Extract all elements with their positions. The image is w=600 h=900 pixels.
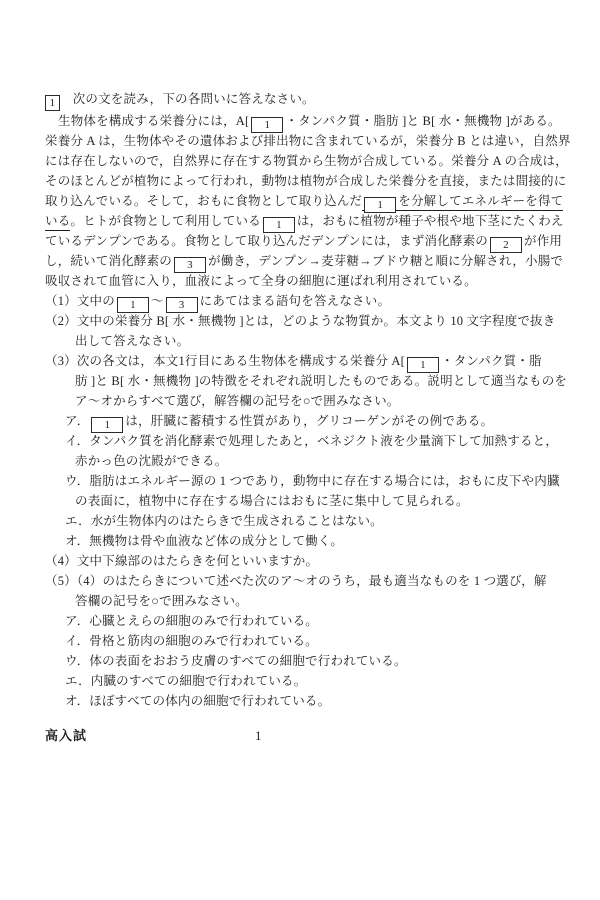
page-footer: 高入試 1 xyxy=(45,726,560,746)
text-line: イ．骨格と筋肉の細胞のみで行われている。 xyxy=(45,631,560,651)
text-line: （2）文中の栄養分 B[ 水・無機物 ]とは，どのような物質か。本文より 10 … xyxy=(45,311,560,331)
text-segment: ア～オからすべて選び，解答欄の記号を○で囲みなさい。 xyxy=(75,394,400,408)
text-line: オ．無機物は骨や血液など体の成分として働く。 xyxy=(45,531,560,551)
text-line: （3）次の各文は，本文1行目にある生物体を構成する栄養分 A[1・タンパク質・脂 xyxy=(45,351,560,371)
text-segment: 。ヒトが食物として利用している xyxy=(70,214,261,228)
text-segment: そのほとんどが植物によって行われ，動物は植物が合成した栄養分を直接，または間接的… xyxy=(45,174,566,188)
text-line: そのほとんどが植物によって行われ，動物は植物が合成した栄養分を直接，または間接的… xyxy=(45,171,560,191)
text-segment: ・タンパク質・脂肪 ]と B[ 水・無機物 ]がある。 xyxy=(285,114,560,128)
question-number-box: 1 xyxy=(45,95,60,111)
text-line: 赤かっ色の沈殿ができる。 xyxy=(45,451,560,471)
text-line: いる。ヒトが食物として利用している1は，おもに植物が種子や根や地下茎にたくわえ xyxy=(45,211,560,231)
text-segment: が作用 xyxy=(524,234,562,248)
text-line: 答欄の記号を○で囲みなさい。 xyxy=(45,591,560,611)
text-segment: いる xyxy=(45,214,70,228)
text-segment: ウ．脂肪はエネルギー源の 1 つであり，動物中に存在する場合には，おもに皮下や内… xyxy=(65,474,560,488)
text-segment: （4）文中下線部のはたらきを何といいますか。 xyxy=(45,554,318,568)
text-segment: 吸収されて血管に入り，血液によって全身の細胞に運ばれ利用されている。 xyxy=(45,274,477,288)
underlined-segment: いる xyxy=(45,214,70,231)
text-segment: （3）次の各文は，本文1行目にある生物体を構成する栄養分 A[ xyxy=(45,354,405,368)
text-line: 吸収されて血管に入り，血液によって全身の細胞に運ばれ利用されている。 xyxy=(45,271,560,291)
text-segment: し，続いて消化酵素の xyxy=(45,254,172,268)
text-line: オ．ほぼすべての体内の細胞で行われている。 xyxy=(45,691,560,711)
text-segment: 次の文を読み，下の各問いに答えなさい。 xyxy=(60,92,315,106)
text-line: ア．1は，肝臓に蓄積する性質があり，グリコーゲンがその例である。 xyxy=(45,411,560,431)
text-line: エ．内臓のすべての細胞で行われている。 xyxy=(45,671,560,691)
text-segment: が働き，デンプン→麦芽糖→ブドウ糖と順に分解され，小腸で xyxy=(208,254,563,268)
text-segment: 出して答えなさい。 xyxy=(75,334,189,348)
underlined-segment: を分解してエネルギーを得て xyxy=(398,194,563,211)
text-segment: エ．内臓のすべての細胞で行われている。 xyxy=(65,674,306,688)
question-body: 1 次の文を読み，下の各問いに答えなさい。生物体を構成する栄養分には，A[1・タ… xyxy=(45,89,560,711)
text-segment: エ．水が生物体内のはたらきで生成されることはない。 xyxy=(65,514,383,528)
text-line: には存在しないので，自然界に存在する物質から生物が合成している。栄養分 A の合… xyxy=(45,151,560,171)
page-number: 1 xyxy=(255,726,262,746)
text-line: 出して答えなさい。 xyxy=(45,331,560,351)
text-segment: ア．心臓とえらの細胞のみで行われている。 xyxy=(65,614,318,628)
text-segment: 栄養分 A は，生物体やその遺体および排出物に含まれているが，栄養分 B とは違… xyxy=(45,134,571,148)
text-line: し，続いて消化酵素の3が働き，デンプン→麦芽糖→ブドウ糖と順に分解され，小腸で xyxy=(45,251,560,271)
text-segment: 生物体を構成する栄養分には，A[ xyxy=(58,114,249,128)
text-segment: （5）（4）のはたらきについて述べた次のア～オのうち，最も適当なものを 1 つ選… xyxy=(45,574,547,588)
text-segment: ・タンパク質・脂 xyxy=(441,354,542,368)
text-segment: 答欄の記号を○で囲みなさい。 xyxy=(75,594,248,608)
text-segment: 取り込んでいる。そして，おもに食物として取り込んだ xyxy=(45,194,362,208)
text-line: （4）文中下線部のはたらきを何といいますか。 xyxy=(45,551,560,571)
text-line: ア．心臓とえらの細胞のみで行われている。 xyxy=(45,611,560,631)
text-line: イ．タンパク質を消化酵素で処理したあと，ベネジクト液を少量滴下して加熱すると， xyxy=(45,431,560,451)
text-line: エ．水が生物体内のはたらきで生成されることはない。 xyxy=(45,511,560,531)
text-segment: ア． xyxy=(65,414,89,428)
text-line: ているデンプンである。食物として取り込んだデンプンには，まず消化酵素の2が作用 xyxy=(45,231,560,251)
text-segment: 肪 ]と B[ 水・無機物 ]の特徴をそれぞれ説明したものである。説明として適当… xyxy=(75,374,567,388)
text-line: 取り込んでいる。そして，おもに食物として取り込んだ1を分解してエネルギーを得て xyxy=(45,191,560,211)
text-line: ウ．脂肪はエネルギー源の 1 つであり，動物中に存在する場合には，おもに皮下や内… xyxy=(45,471,560,491)
exam-page: 1 次の文を読み，下の各問いに答えなさい。生物体を構成する栄養分には，A[1・タ… xyxy=(0,0,600,900)
text-segment: にあてはまる語句を答えなさい。 xyxy=(200,294,391,308)
text-line: （5）（4）のはたらきについて述べた次のア～オのうち，最も適当なものを 1 つ選… xyxy=(45,571,560,591)
footer-label: 高入試 xyxy=(45,728,87,743)
text-segment: （1）文中の xyxy=(45,294,115,308)
text-segment: の表面に，植物中に存在する場合にはおもに茎に集中して見られる。 xyxy=(75,494,469,508)
text-line: 栄養分 A は，生物体やその遺体および排出物に含まれているが，栄養分 B とは違… xyxy=(45,131,560,151)
text-segment: ているデンプンである。食物として取り込んだデンプンには，まず消化酵素の xyxy=(45,234,488,248)
text-segment: には存在しないので，自然界に存在する物質から生物が合成している。栄養分 A の合… xyxy=(45,154,568,168)
text-segment: ～ xyxy=(151,294,164,308)
text-line: ウ．体の表面をおおう皮膚のすべての細胞で行われている。 xyxy=(45,651,560,671)
text-line: 1 次の文を読み，下の各問いに答えなさい。 xyxy=(45,89,560,109)
text-segment: は，おもに植物が種子や根や地下茎にたくわえ xyxy=(297,214,564,228)
text-segment: イ．タンパク質を消化酵素で処理したあと，ベネジクト液を少量滴下して加熱すると， xyxy=(65,434,558,448)
text-segment: 赤かっ色の沈殿ができる。 xyxy=(75,454,227,468)
text-segment: イ．骨格と筋肉の細胞のみで行われている。 xyxy=(65,634,318,648)
text-line: ア～オからすべて選び，解答欄の記号を○で囲みなさい。 xyxy=(45,391,560,411)
text-line: 肪 ]と B[ 水・無機物 ]の特徴をそれぞれ説明したものである。説明として適当… xyxy=(45,371,560,391)
text-line: 生物体を構成する栄養分には，A[1・タンパク質・脂肪 ]と B[ 水・無機物 ]… xyxy=(45,111,560,131)
text-segment: オ．ほぼすべての体内の細胞で行われている。 xyxy=(65,694,330,708)
text-segment: （2）文中の栄養分 B[ 水・無機物 ]とは，どのような物質か。本文より 10 … xyxy=(45,314,555,328)
text-segment: は，肝臓に蓄積する性質があり，グリコーゲンがその例である。 xyxy=(125,414,493,428)
text-segment: を分解してエネルギーを得て xyxy=(398,194,563,208)
text-segment: ウ．体の表面をおおう皮膚のすべての細胞で行われている。 xyxy=(65,654,407,668)
underlined-segment: 1 xyxy=(362,194,398,211)
text-line: （1）文中の1～3にあてはまる語句を答えなさい。 xyxy=(45,291,560,311)
text-line: の表面に，植物中に存在する場合にはおもに茎に集中して見られる。 xyxy=(45,491,560,511)
text-segment: オ．無機物は骨や血液など体の成分として働く。 xyxy=(65,534,343,548)
